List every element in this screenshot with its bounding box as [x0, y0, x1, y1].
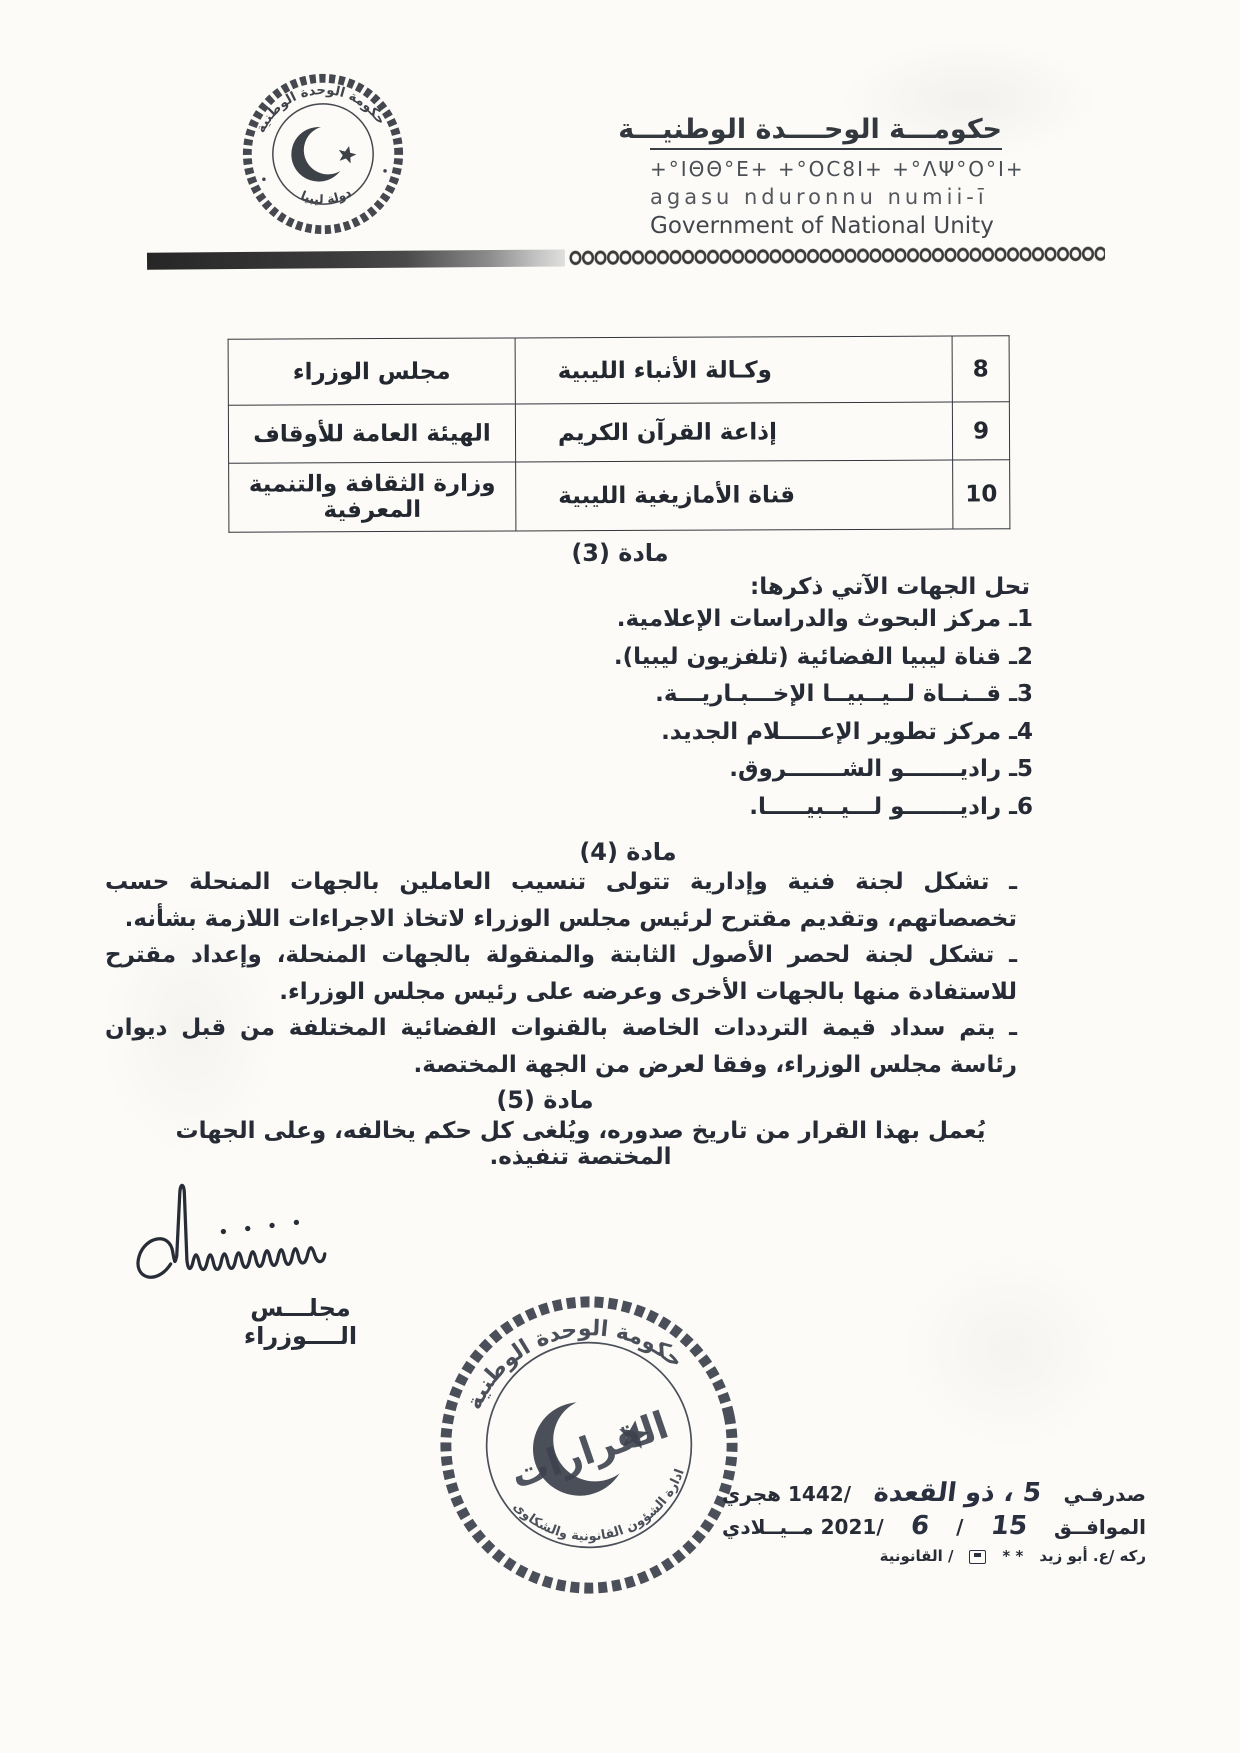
divider-chain-pattern [569, 246, 1105, 265]
article-4-paragraph: ـ تشكل لجنة لحصر الأصول الثابتة والمنقول… [105, 937, 1017, 1010]
hijri-year-suffix: /1442 هجري [722, 1482, 851, 1506]
dissolved-entities-list: 1ـ مركز البحوث والدراسات الإعلامية. 2ـ ق… [614, 601, 1033, 826]
dissolved-entity-item: 2ـ قناة ليبيا الفضائية (تلفزيون ليبيا). [614, 639, 1033, 677]
row-number-cell: 9 [952, 402, 1009, 460]
table-row: 10 قناة الأمازيغية الليبية وزارة الثقافة… [229, 460, 1010, 532]
gregorian-date-label: الموافــق [1054, 1515, 1146, 1539]
issue-block: صدرفـي 5 ، ذو القعدة /1442 هجري الموافــ… [722, 1478, 1146, 1565]
article-4-heading: مادة (4) [8, 838, 1240, 866]
reference-stars: * * [1002, 1547, 1023, 1565]
government-seal-logo: حكومة الوحدة الوطنية دولة ليبيا [229, 60, 417, 248]
gregorian-month-handwritten: 6 [909, 1511, 931, 1541]
row-number-cell: 10 [953, 460, 1010, 529]
decorative-divider-band [147, 243, 1105, 271]
successor-org-cell: الهيئة العامة للأوقاف [228, 404, 515, 463]
scan-smudge [900, 1250, 1120, 1450]
official-stamp: حكومة الوحدة الوطنية ادارة الشؤون القانو… [400, 1256, 777, 1633]
article-4-paragraph: ـ يتم سداد قيمة الترددات الخاصة بالقنوات… [105, 1010, 1017, 1083]
dissolved-entity-item: 1ـ مركز البحوث والدراسات الإعلامية. [614, 601, 1033, 639]
divider-solid-bar [147, 249, 565, 269]
reference-line: ركه /ع. أبو زيد * * / القانونية [722, 1547, 1146, 1565]
header-wordmark: حكومـــة الوحــــدة الوطنيـــة +°ΙΘΘ°Ε+ … [650, 114, 1002, 239]
printer-icon [969, 1550, 986, 1564]
article-4-paragraph: ـ تشكل لجنة فنية وإدارية تتولى تنسيب الع… [105, 864, 1017, 937]
dissolved-entity-item: 3ـ قــنــاة لــيــبيــا الإخـــبـاريـــة… [614, 676, 1033, 714]
dissolved-entity-item: 5ـ راديـــــــو الشـــــــروق. [614, 751, 1033, 789]
table-row: 9 إذاعة القرآن الكريم الهيئة العامة للأو… [228, 402, 1009, 463]
row-number-cell: 8 [952, 336, 1009, 402]
entity-name-cell: قناة الأمازيغية الليبية [516, 460, 953, 531]
typist-reference: ركه /ع. أبو زيد [1039, 1547, 1146, 1565]
signature-label: مجلـــس الــــوزراء [198, 1294, 403, 1350]
dissolved-entity-item: 4ـ مركز تطوير الإعـــــلام الجديد. [614, 714, 1033, 752]
header-title-tifinagh: +°ΙΘΘ°Ε+ +°ΟC8Ι+ +°ΛΨ°Ο°Ι+ [650, 157, 1002, 181]
article-4-body: ـ تشكل لجنة فنية وإدارية تتولى تنسيب الع… [105, 864, 1017, 1083]
svg-text:دولة ليبيا: دولة ليبيا [298, 185, 354, 208]
date-separator: / [956, 1515, 963, 1539]
signature-scribble [122, 1166, 340, 1294]
gregorian-year-suffix: /2021 مــيــلادي [722, 1515, 884, 1539]
dissolved-entities-table: 8 وكـالة الأنباء الليبية مجلس الوزراء 9 … [228, 335, 1011, 532]
entity-name-cell: إذاعة القرآن الكريم [515, 402, 952, 462]
header-title-english: Government of National Unity [650, 213, 1002, 239]
table-row: 8 وكـالة الأنباء الليبية مجلس الوزراء [228, 336, 1009, 405]
issue-date-hijri: صدرفـي 5 ، ذو القعدة /1442 هجري [722, 1478, 1146, 1508]
successor-org-cell: وزارة الثقافة والتنمية المعرفية [229, 462, 516, 532]
header-title-arabic: حكومـــة الوحــــدة الوطنيـــة [650, 114, 1002, 150]
successor-org-cell: مجلس الوزراء [228, 338, 515, 405]
document-page: حكومة الوحدة الوطنية دولة ليبيا حكومـــة… [0, 0, 1240, 1753]
issue-date-gregorian: الموافــق 15 / 6 /2021 مــيــلادي [722, 1511, 1146, 1541]
entity-name-cell: وكـالة الأنباء الليبية [515, 336, 952, 404]
hijri-date-handwritten: 5 ، ذو القعدة [872, 1478, 1043, 1508]
legal-department-reference: / القانونية [880, 1547, 954, 1565]
article-5-heading: مادة (5) [0, 1086, 1165, 1114]
seal-bottom-text: دولة ليبيا [298, 185, 354, 208]
article-3-heading: مادة (3) [0, 539, 1240, 567]
article-3-intro: تحل الجهات الآتي ذكرها: [750, 574, 1030, 600]
article-5-text: يُعمل بهذا القرار من تاريخ صدوره، ويُلغى… [128, 1118, 1033, 1170]
hijri-date-label: صدرفـي [1063, 1482, 1146, 1506]
gregorian-day-handwritten: 15 [989, 1511, 1029, 1541]
dissolved-entity-item: 6ـ راديـــــــو لـــيــبيـــــا. [614, 789, 1033, 827]
header-transliteration: agasu nduronnu numii-ī [650, 185, 1002, 209]
